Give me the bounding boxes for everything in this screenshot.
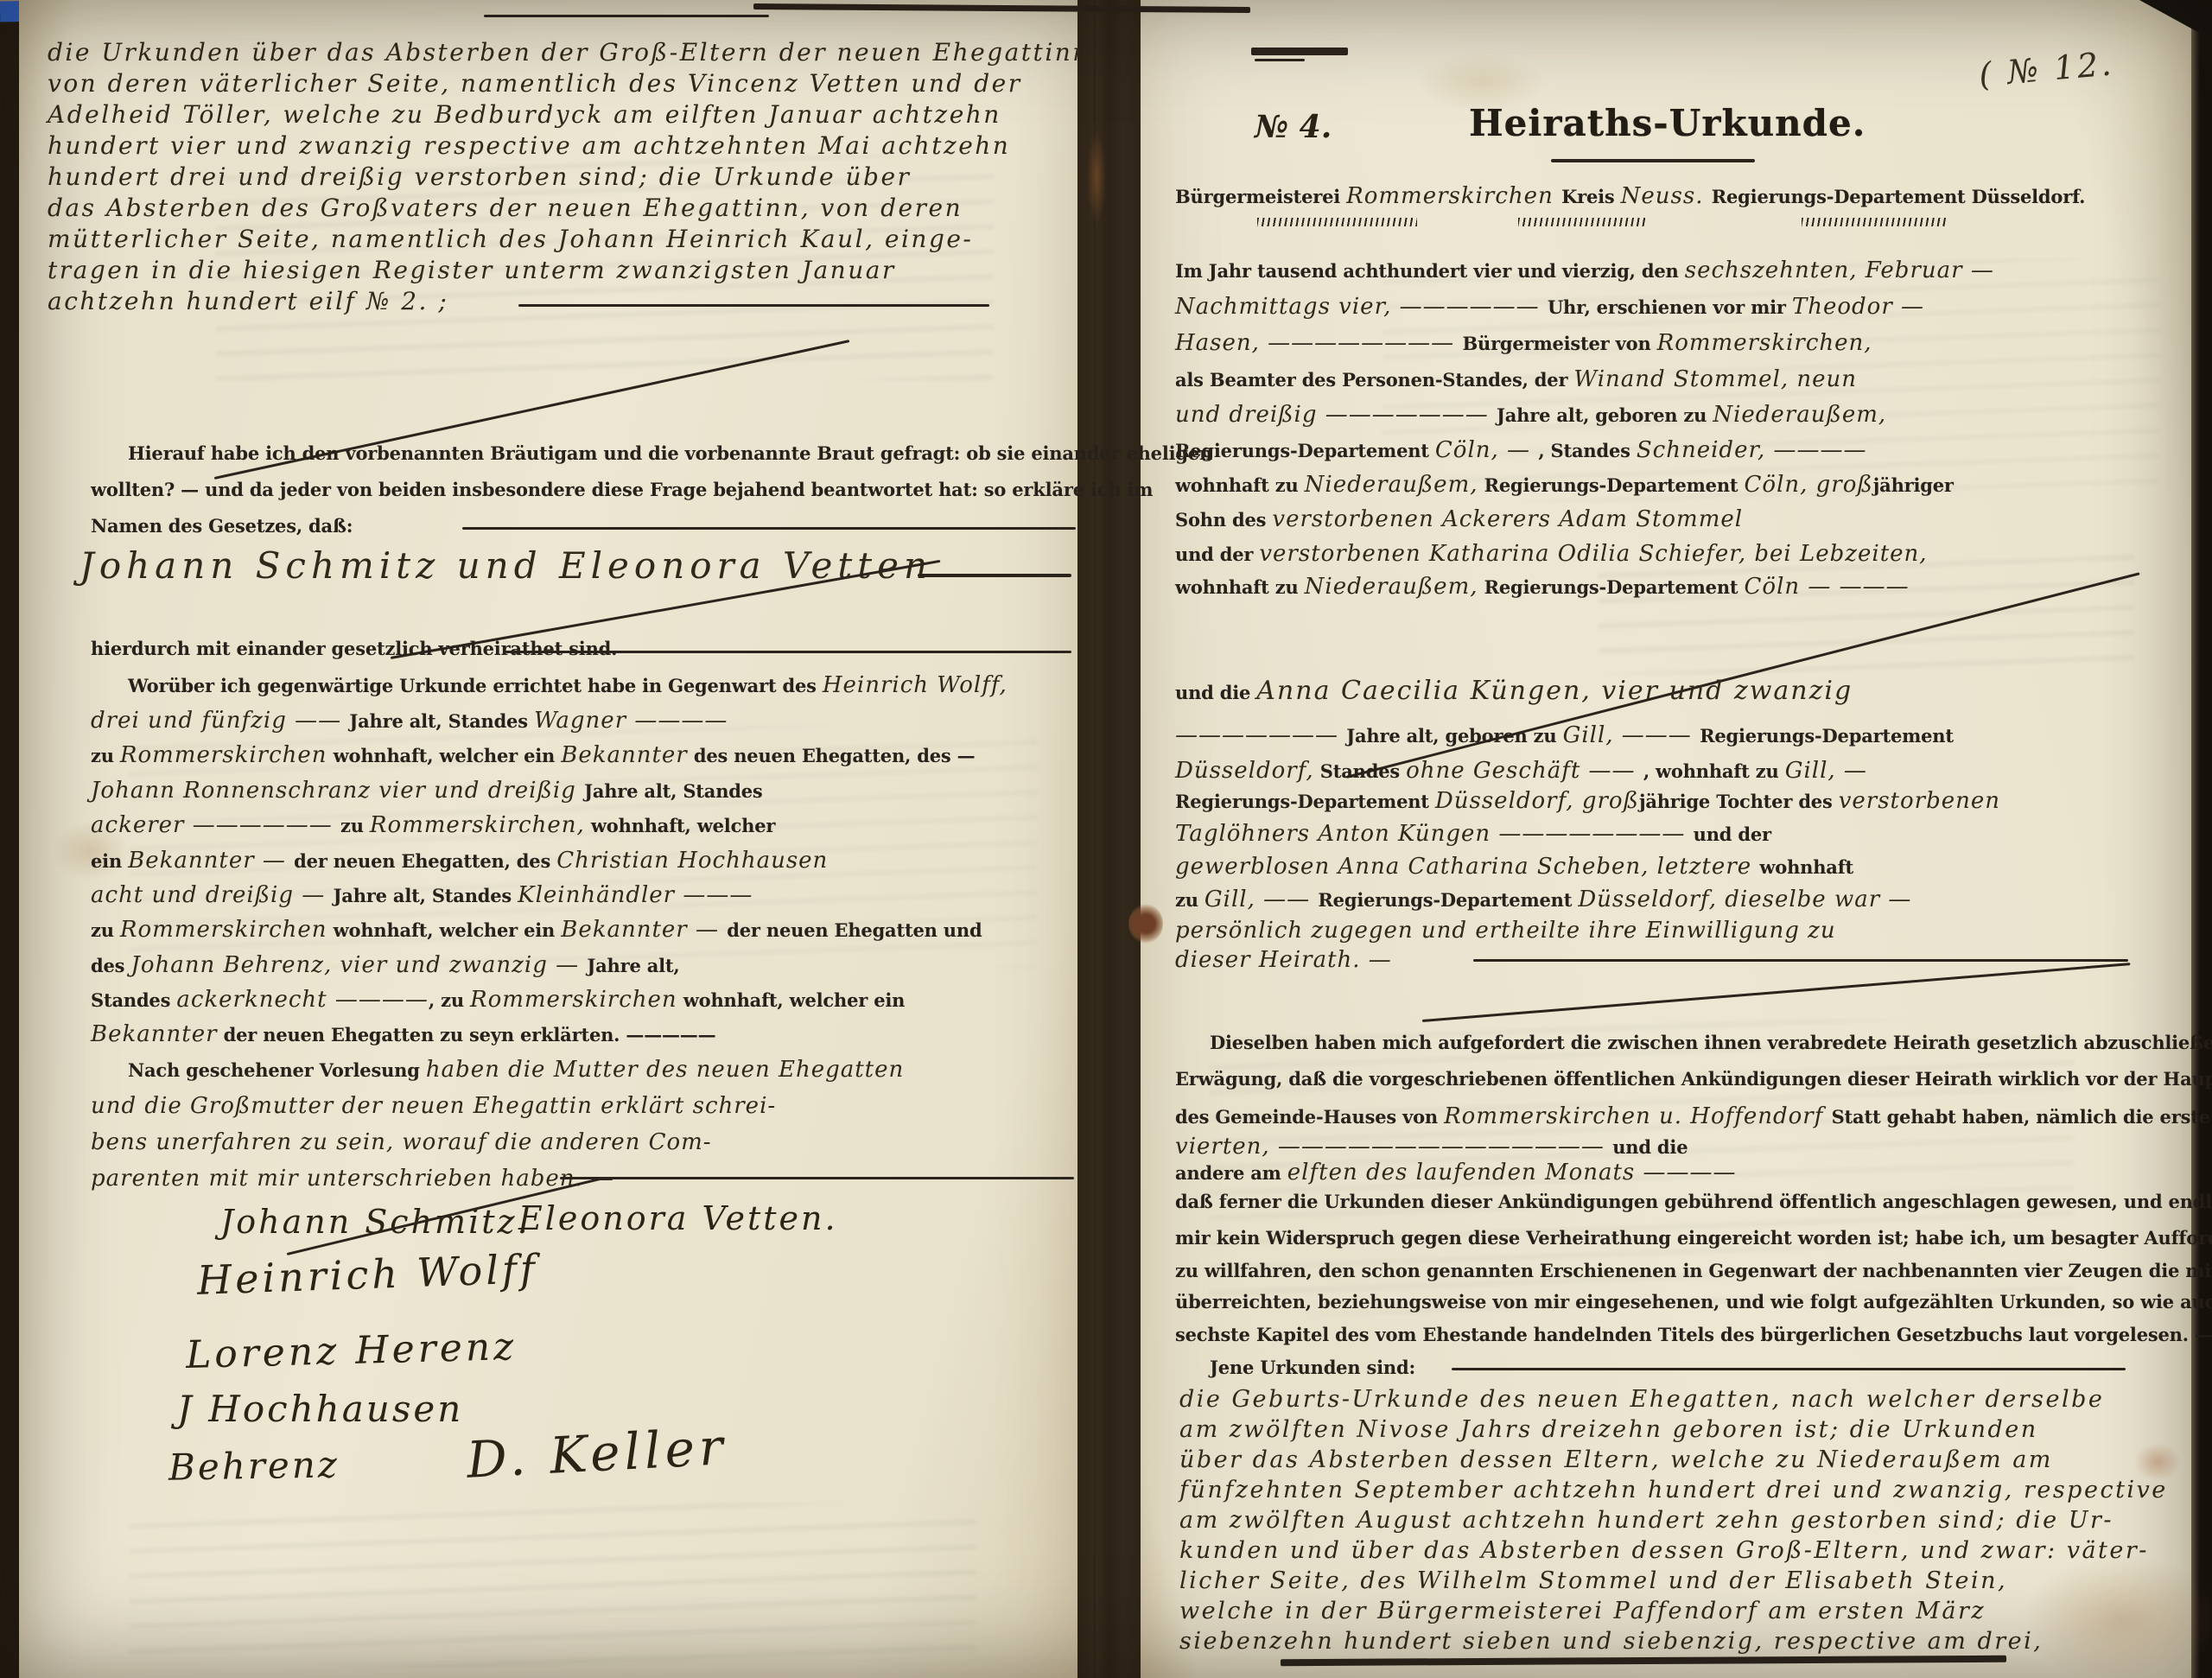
bride-line: persönlich zugegen und ertheilte ihre Ei…: [1175, 918, 1836, 944]
top-rule-fragment: [1255, 59, 1305, 61]
intro-text: die Urkunden über das Absterben der Groß…: [48, 38, 1090, 67]
squiggle-rule: [1518, 218, 1646, 226]
top-rule-fragment: [1251, 48, 1348, 55]
signature-witness: Behrenz: [168, 1443, 340, 1488]
intro-line: von deren väterlicher Seite, namentlich …: [48, 69, 1022, 98]
record-number: № 4.: [1255, 109, 1332, 145]
photo-right-edge: [2191, 0, 2212, 1678]
signature-witness: Lorenz Herenz: [185, 1325, 518, 1377]
groom-line: Regierungs-Departement Cöln, — , Standes…: [1175, 437, 1867, 463]
title-underline: [1551, 159, 1755, 162]
consent-line: Dieselben haben mich aufgefordert die zw…: [1210, 1032, 2212, 1053]
form-line: hierdurch mit einander gesetzlich verhei…: [91, 638, 617, 659]
bride-line: Taglöhners Anton Küngen ———————— und der: [1175, 821, 1771, 847]
bride-line: dieser Heirath. —: [1175, 947, 1392, 973]
gutter-fold-line: [1094, 0, 1096, 1678]
groom-line: und dreißig ——————— Jahre alt, geboren z…: [1175, 402, 1886, 428]
bride-line: Düsseldorf, Standes ohne Geschäft —— , w…: [1175, 758, 1867, 784]
page-title: Heiraths-Urkunde.: [1469, 102, 1840, 144]
groom-line: wohnhaft zu Niederaußem, Regierungs-Depa…: [1175, 472, 1954, 498]
fill-rule: [1452, 1368, 2126, 1370]
fill-rule: [462, 527, 1076, 530]
witness-line: ein Bekannter — der neuen Ehegatten, des…: [91, 848, 828, 874]
witness-line: acht und dreißig — Jahre alt, Standes Kl…: [91, 882, 753, 908]
witness-line: zu Rommerskirchen wohnhaft, welcher ein …: [91, 917, 982, 943]
document-line: am zwölften Nivose Jahrs dreizehn gebore…: [1179, 1416, 2038, 1443]
form-line: Hierauf habe ich den vorbenannten Bräuti…: [128, 442, 1212, 464]
groom-line: Im Jahr tausend achthundert vier und vie…: [1175, 257, 1994, 283]
groom-line: Sohn des verstorbenen Ackerers Adam Stom…: [1175, 506, 1743, 532]
groom-line: Nachmittags vier, —————— Uhr, erschienen…: [1175, 294, 1924, 320]
consent-line: sechste Kapitel des vom Ehestande handel…: [1175, 1324, 2212, 1345]
intro-line: die Urkunden über das Absterben der Groß…: [48, 38, 1090, 67]
form-line: Namen des Gesetzes, daß:: [91, 515, 353, 537]
fill-rule: [1473, 959, 2128, 962]
signature-bride: Eleonora Vetten.: [518, 1199, 838, 1237]
document-line: kunden und über das Absterben dessen Gro…: [1179, 1537, 2149, 1564]
document-line: die Geburts-Urkunde des neuen Ehegatten,…: [1179, 1386, 2104, 1413]
bride-line: Regierungs-Departement Düsseldorf, großj…: [1175, 788, 2000, 814]
document-line: fünfzehnten September achtzehn hundert d…: [1179, 1477, 2168, 1503]
fill-rule: [518, 304, 989, 307]
intro-line: mütterlicher Seite, namentlich des Johan…: [48, 225, 973, 253]
intro-line: das Absterben des Großvaters der neuen E…: [48, 194, 963, 222]
consent-line: vierten, —————————————— und die: [1175, 1134, 1688, 1160]
groom-line: als Beamter des Personen-Standes, der Wi…: [1175, 366, 1857, 392]
closing-line: bens unerfahren zu sein, worauf die ande…: [91, 1129, 712, 1155]
witness-line: ackerer —————— zu Rommerskirchen, wohnha…: [91, 812, 775, 838]
consent-line: zu willfahren, den schon genannten Ersch…: [1175, 1260, 2212, 1281]
document-line: welche in der Bürgermeisterei Paffendorf…: [1179, 1598, 1986, 1624]
witness-line: Standes ackerknecht ————, zu Rommerskirc…: [91, 987, 905, 1013]
witness-line: Worüber ich gegenwärtige Urkunde erricht…: [128, 672, 1007, 698]
closing-line: parenten mit mir unterschrieben haben. —: [91, 1166, 614, 1192]
consent-line: des Gemeinde-Hauses von Rommerskirchen u…: [1175, 1103, 2212, 1129]
groom-line: und der verstorbenen Katharina Odilia Sc…: [1175, 541, 1928, 567]
consent-line: daß ferner die Urkunden dieser Ankündigu…: [1175, 1191, 2212, 1212]
admin-line: Bürgermeisterei Rommerskirchen Kreis Neu…: [1175, 183, 2085, 209]
witness-line: zu Rommerskirchen wohnhaft, welcher ein …: [91, 742, 975, 768]
fill-rule: [918, 574, 1071, 577]
couple-names-line: Johann Schmitz und Eleonora Vetten: [79, 544, 932, 587]
fill-rule: [560, 1177, 1074, 1179]
bride-line: ——————— Jahre alt, geboren zu Gill, ——— …: [1175, 722, 1954, 748]
form-line: wollten? — und da jeder von beiden insbe…: [91, 479, 1153, 500]
document-line: am zwölften August achtzehn hundert zehn…: [1179, 1507, 2113, 1534]
register-photo: die Urkunden über das Absterben der Groß…: [0, 0, 2212, 1678]
intro-line: hundert vier und zwanzig respective am a…: [48, 131, 1010, 160]
groom-line: Hasen, ———————— Bürgermeister von Rommer…: [1175, 330, 1872, 356]
signature-witness: J Hochhausen: [177, 1388, 463, 1430]
document-line: siebenzehn hundert sieben und siebenzig,…: [1179, 1628, 2043, 1655]
consent-line: überreichten, beziehungsweise von mir ei…: [1175, 1291, 2212, 1313]
groom-line: wohnhaft zu Niederaußem, Regierungs-Depa…: [1175, 574, 1910, 600]
closing-line: und die Großmutter der neuen Ehegattin e…: [91, 1093, 776, 1119]
consent-line: mir kein Widerspruch gegen diese Verheir…: [1175, 1227, 2212, 1249]
fill-rule: [505, 651, 1071, 653]
documents-heading: Jene Urkunden sind:: [1210, 1357, 1415, 1378]
book-gutter: [1077, 0, 1141, 1678]
bride-line: gewerblosen Anna Catharina Scheben, letz…: [1175, 854, 1853, 880]
witness-line: des Johann Behrenz, vier und zwanzig — J…: [91, 952, 680, 978]
document-line: licher Seite, des Wilhelm Stommel und de…: [1179, 1567, 2007, 1594]
bride-line: und die Anna Caecilia Küngen, vier und z…: [1175, 676, 1853, 706]
intro-line: achtzehn hundert eilf № 2. ;: [48, 287, 448, 315]
witness-line: Johann Ronnenschranz vier und dreißig Ja…: [91, 778, 763, 804]
signature-groom: Johann Schmitz.: [220, 1203, 531, 1241]
squiggle-rule: [1257, 218, 1417, 226]
top-rule-fragment: [484, 15, 769, 17]
squiggle-rule: [1802, 218, 1947, 226]
intro-line: hundert drei und dreißig verstorben sind…: [48, 162, 911, 191]
consent-line: andere am elften des laufenden Monats ——…: [1175, 1160, 1737, 1185]
intro-line: tragen in die hiesigen Register unterm z…: [48, 256, 896, 284]
closing-line: Nach geschehener Vorlesung haben die Mut…: [128, 1057, 904, 1083]
document-line: über das Absterben dessen Eltern, welche…: [1179, 1446, 2053, 1473]
consent-line: Erwägung, daß die vorgeschriebenen öffen…: [1175, 1068, 2212, 1090]
witness-line: Bekannter der neuen Ehegatten zu seyn er…: [91, 1021, 715, 1047]
bride-line: zu Gill, —— Regierungs-Departement Düsse…: [1175, 887, 1911, 912]
witness-line: drei und fünfzig —— Jahre alt, Standes W…: [91, 708, 728, 734]
intro-line: Adelheid Töller, welche zu Bedburdyck am…: [48, 100, 1001, 129]
